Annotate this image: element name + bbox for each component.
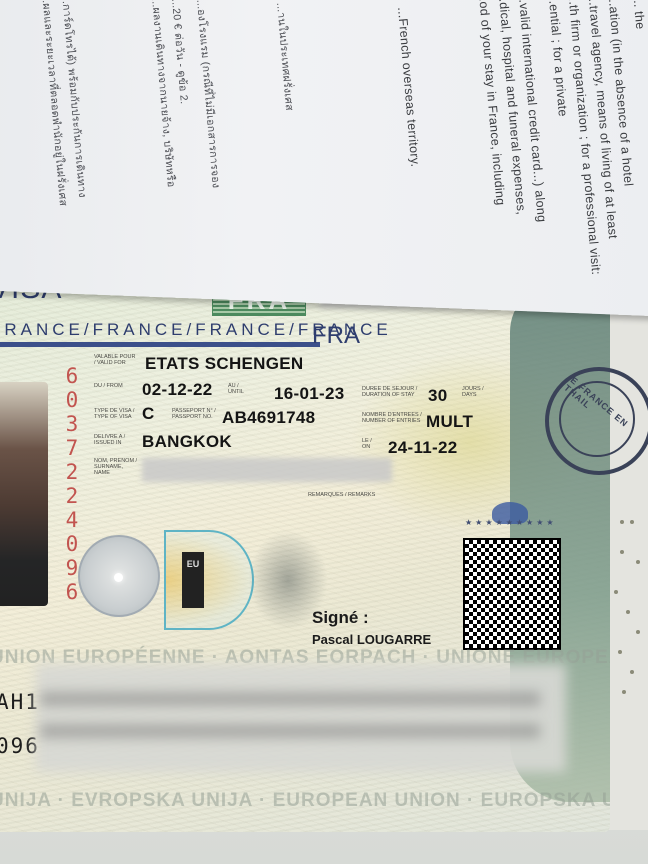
redacted-holder-name (142, 458, 392, 482)
label-name: NOM, PRENOM / SURNAME, NAME (94, 458, 140, 476)
label-type: TYPE DE VISA / TYPE OF VISA (94, 408, 138, 420)
value-duration: 30 (428, 386, 448, 406)
document-line: ...ential ; for a private (546, 0, 570, 117)
eu-hologram: EU (78, 530, 288, 640)
value-passport: AB4691748 (222, 408, 315, 428)
label-duration: DUREE DE SEJOUR / DURATION OF STAY (362, 386, 422, 398)
instruction-document: ... the ...ation (in the absence of a ho… (0, 0, 648, 317)
label-from: DU / FROM (94, 383, 124, 389)
label-remarks: REMARQUES / REMARKS (308, 492, 388, 498)
hologram-circle (78, 535, 160, 617)
value-issued-on: 24-11-22 (388, 438, 458, 458)
country-code: FRA (312, 322, 360, 350)
eu-band-bottom: UNIJA · EVROPSKA UNIJA · EUROPEAN UNION … (0, 790, 610, 812)
signer-name: Pascal LOUGARRE (312, 632, 431, 647)
mrz-line-2-prefix: 096 (0, 734, 40, 758)
label-entries: NOMBRE D'ENTREES / NUMBER OF ENTRIES (362, 412, 422, 424)
holder-photo (0, 382, 48, 606)
label-valid-for: VALABLE POUR / VALID FOR (94, 354, 138, 366)
label-issued-on: LE / ON (362, 438, 376, 450)
value-from: 02-12-22 (142, 380, 212, 400)
value-entries: MULT (426, 412, 473, 432)
document-line-thai: ...องโรงแรม (กรณีที่ไม่มีเอกสารการจอง (192, 0, 225, 189)
document-line: ...French overseas territory. (395, 6, 422, 167)
schengen-visa-sticker: VISA FRA FRANCE/FRANCE/FRANCE/FRANCE FRA… (0, 262, 610, 832)
label-passport: PASSEPORT N° / PASSPORT NO. (172, 408, 216, 420)
document-line: ... the (631, 0, 648, 30)
document-line-thai: ...านในประเทศฝรั่งเศส (272, 2, 298, 112)
label-duration-unit: JOURS / DAYS (462, 386, 492, 398)
value-issued-in: BANGKOK (142, 432, 232, 452)
mrz-line-1-prefix: AH1 (0, 690, 40, 714)
hologram-fan (164, 530, 254, 630)
2d-barcode (463, 538, 561, 650)
signed-label: Signé : (312, 608, 369, 628)
eu-mark: EU (182, 552, 204, 608)
embassy-stamp: E FRANCE EN THAIL (545, 367, 648, 475)
eu-stars: ★★★★★★★★★ (465, 518, 557, 527)
value-type: C (142, 404, 155, 424)
label-until: AU / UNTIL (228, 383, 250, 395)
redacted-mrz-lines (40, 692, 540, 752)
microprint-band (0, 342, 320, 347)
value-until: 16-01-23 (274, 384, 344, 404)
value-valid-for: ETATS SCHENGEN (145, 354, 303, 374)
label-issued-in: DELIVRE A / ISSUED IN (94, 434, 134, 446)
